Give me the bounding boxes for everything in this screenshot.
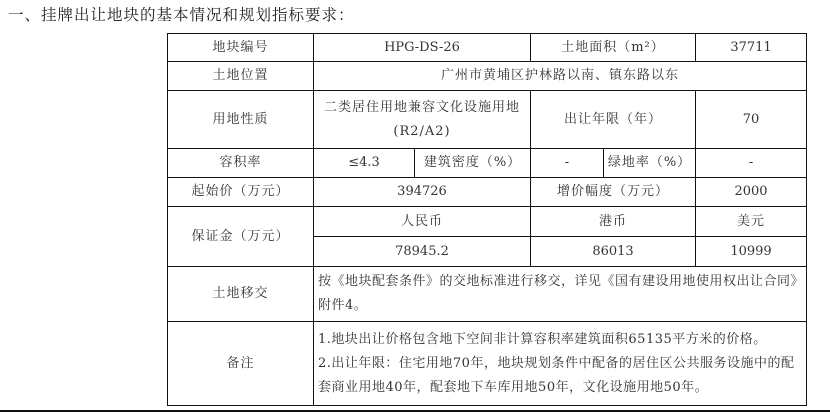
land-parcel-table: 地块编号 HPG-DS-26 土地面积（m²） 37711 土地位置 广州市黄埔… bbox=[167, 33, 807, 406]
parcel-id-label: 地块编号 bbox=[168, 34, 314, 62]
table-row: 起始价（万元） 394726 增价幅度（万元） 2000 bbox=[168, 178, 807, 207]
area-label: 土地面积（m²） bbox=[531, 34, 696, 62]
far-value: ≤4.3 bbox=[314, 149, 415, 178]
deposit-currency-hkd: 港币 bbox=[531, 207, 696, 237]
start-price-value: 394726 bbox=[314, 178, 531, 207]
location-value: 广州市黄埔区护林路以南、镇东路以东 bbox=[314, 62, 807, 91]
area-value: 37711 bbox=[696, 34, 807, 62]
deposit-label: 保证金（万元） bbox=[168, 207, 314, 267]
land-use-label: 用地性质 bbox=[168, 91, 314, 149]
remarks-line-2: 2.出让年限：住宅用地70年，地块规划条件中配备的居住区公共服务设施中的配套商业… bbox=[318, 352, 802, 400]
term-label: 出让年限（年） bbox=[531, 91, 696, 149]
term-value: 70 bbox=[696, 91, 807, 149]
start-price-label: 起始价（万元） bbox=[168, 178, 314, 207]
land-use-value: 二类居住用地兼容文化设施用地 (R2/A2) bbox=[314, 91, 531, 149]
density-label: 建筑密度（%） bbox=[415, 149, 531, 178]
deposit-currency-usd: 美元 bbox=[696, 207, 807, 237]
density-value: - bbox=[531, 149, 604, 178]
deposit-value-usd: 10999 bbox=[696, 237, 807, 267]
remarks-line-1: 1.地块出让价格包含地下空间非计算容积率建筑面积65135平方米的价格。 bbox=[318, 328, 802, 352]
table-row: 容积率 ≤4.3 建筑密度（%） - 绿地率（%） - bbox=[168, 149, 807, 178]
parcel-id-value: HPG-DS-26 bbox=[314, 34, 531, 62]
land-use-value-line1: 二类居住用地兼容文化设施用地 bbox=[314, 96, 530, 120]
bottom-divider bbox=[0, 410, 830, 412]
section-heading: 一、挂牌出让地块的基本情况和规划指标要求： bbox=[8, 3, 355, 25]
land-use-value-line2: (R2/A2) bbox=[314, 120, 530, 144]
deposit-value-rmb: 78945.2 bbox=[314, 237, 531, 267]
handover-label: 土地移交 bbox=[168, 267, 314, 322]
table-row: 保证金（万元） 人民币 港币 美元 bbox=[168, 207, 807, 237]
remarks-value: 1.地块出让价格包含地下空间非计算容积率建筑面积65135平方米的价格。 2.出… bbox=[314, 322, 807, 406]
handover-value: 按《地块配套条件》的交地标准进行移交，详见《国有建设用地使用权出让合同》附件4。 bbox=[314, 267, 807, 322]
green-label: 绿地率（%） bbox=[604, 149, 696, 178]
far-label: 容积率 bbox=[168, 149, 314, 178]
green-value: - bbox=[696, 149, 807, 178]
table-row: 用地性质 二类居住用地兼容文化设施用地 (R2/A2) 出让年限（年） 70 bbox=[168, 91, 807, 149]
increment-label: 增价幅度（万元） bbox=[531, 178, 696, 207]
increment-value: 2000 bbox=[696, 178, 807, 207]
location-label: 土地位置 bbox=[168, 62, 314, 91]
remarks-label: 备注 bbox=[168, 322, 314, 406]
table-row: 地块编号 HPG-DS-26 土地面积（m²） 37711 bbox=[168, 34, 807, 62]
deposit-currency-rmb: 人民币 bbox=[314, 207, 531, 237]
table-row: 土地移交 按《地块配套条件》的交地标准进行移交，详见《国有建设用地使用权出让合同… bbox=[168, 267, 807, 322]
deposit-value-hkd: 86013 bbox=[531, 237, 696, 267]
table-row: 备注 1.地块出让价格包含地下空间非计算容积率建筑面积65135平方米的价格。 … bbox=[168, 322, 807, 406]
table-row: 土地位置 广州市黄埔区护林路以南、镇东路以东 bbox=[168, 62, 807, 91]
